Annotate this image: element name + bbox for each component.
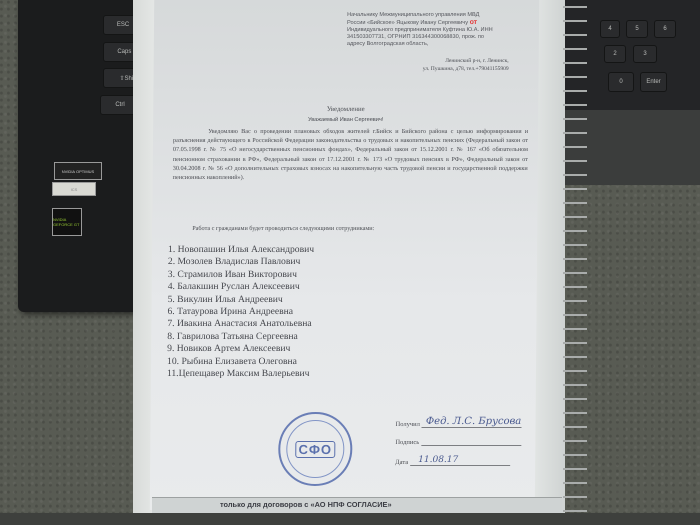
address-line-2: ул. Пушкина, д78, тел.+79041155909 [389, 65, 509, 73]
bottom-edge [0, 513, 700, 525]
footer-text: только для договоров с «АО НПФ СОГЛАСИЕ» [220, 500, 392, 509]
from-mark: от [470, 19, 478, 26]
numpad-key: 6 [654, 20, 676, 38]
received-field: Фед. Л.С. Брусова [422, 418, 522, 428]
stamp: СФО [278, 412, 353, 486]
sticker-nvidia-geforce: NVIDIA GEFORCE GT [52, 208, 82, 236]
sender: Индивидуального предпринимателя Куфтина … [347, 27, 493, 47]
numpad-key: Enter [640, 72, 667, 92]
staff-member: 2. Мозолев Владислав Павлович [168, 256, 314, 268]
received-label: Получил [395, 421, 419, 428]
numpad-key: 3 [633, 45, 657, 63]
date-label: Дата [395, 459, 408, 466]
staff-member: 9. Новиков Артем Алексеевич [167, 343, 313, 355]
sticker-nvidia-optimus: NVIDIA OPTIMUS [54, 162, 102, 180]
staff-member: 1. Новопашин Илья Александрович [168, 244, 314, 256]
date-field: 11.08.17 [410, 456, 510, 466]
document-title: Уведомление [153, 106, 538, 113]
numpad-key: 0 [608, 72, 634, 92]
staff-member: 3. Страмилов Иван Викторович [168, 269, 314, 281]
numpad-key: 5 [626, 20, 648, 38]
greeting: Уважаемый Иван Сергеевич! [153, 117, 538, 123]
addressee: Начальнику Межмуниципального управления … [347, 12, 479, 26]
date-row: Дата 11.08.17 [395, 456, 510, 466]
sender-address: Ленинский р-н, г. Ленинск, ул. Пушкина, … [389, 57, 509, 73]
date-value: 11.08.17 [418, 455, 458, 465]
addressee-block: Начальнику Межмуниципального управления … [347, 12, 497, 48]
staff-member: 10. Рыбина Елизавета Олеговна [167, 356, 313, 368]
document-body: Уведомляю Вас о проведении плановых обхо… [173, 127, 528, 182]
stamp-text: СФО [295, 441, 335, 458]
staff-member: 8. Гаврилова Татьяна Сергеевна [167, 331, 313, 343]
staff-member: 4. Балакшин Руслан Алексеевич [168, 281, 314, 293]
signature-label: Подпись [395, 439, 419, 446]
signature-field [421, 436, 521, 446]
staff-member: 6. Татаурова Ирина Андреевна [167, 306, 313, 318]
numpad-key: 2 [604, 45, 626, 63]
spiral-binding [563, 0, 587, 525]
notification-document: Начальнику Межмуниципального управления … [150, 0, 539, 510]
sticker-ics: ICS [52, 182, 96, 196]
received-row: Получил Фед. Л.С. Брусова [395, 418, 521, 428]
staff-list: 1. Новопашин Илья Александрович2. Мозоле… [167, 244, 314, 380]
received-signature: Фед. Л.С. Брусова [426, 416, 522, 427]
signature-row: Подпись [395, 436, 521, 446]
staff-member: 7. Ивакина Анастасия Анатольевна [167, 318, 313, 330]
staff-member: 5. Викулин Илья Андреевич [168, 294, 314, 306]
staff-intro: Работа с гражданами будет проводиться сл… [192, 225, 374, 232]
numpad-key: 4 [600, 20, 620, 38]
address-line-1: Ленинский р-н, г. Ленинск, [389, 57, 509, 65]
staff-member: 11.Цепещавер Максим Валерьевич [167, 368, 313, 380]
body-paragraph: Уведомляю Вас о проведении плановых обхо… [173, 127, 528, 182]
